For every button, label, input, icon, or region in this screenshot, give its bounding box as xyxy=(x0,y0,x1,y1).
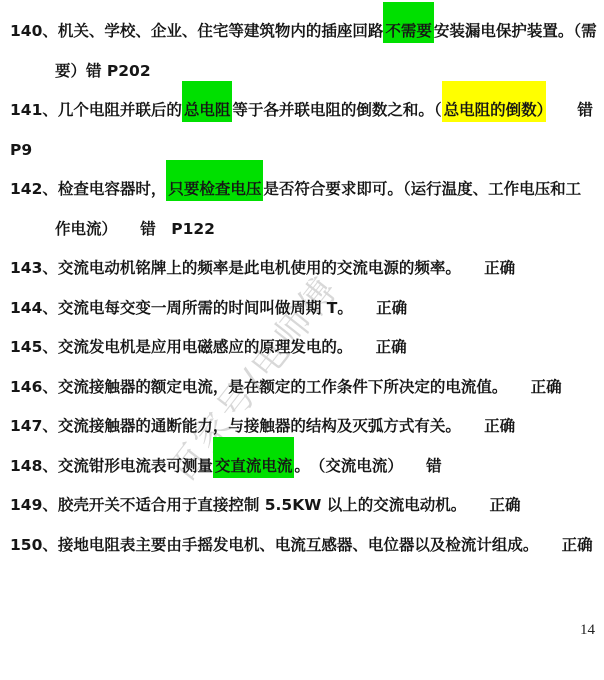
text-segment: 作电流） 错 P122 xyxy=(55,220,215,238)
question-line: 141、几个电阻并联后的总电阻等于各并联电阻的倒数之和。（总电阻的倒数） 错 xyxy=(10,91,600,131)
document-page: 百家号/电师傅 140、机关、学校、企业、住宅等建筑物内的插座回路不需要安装漏电… xyxy=(0,0,604,680)
question-line: 147、交流接触器的通断能力，与接触器的结构及灭弧方式有关。 正确 xyxy=(10,407,600,447)
question-line: 143、交流电动机铭牌上的频率是此电机使用的交流电源的频率。 正确 xyxy=(10,249,600,289)
question-line: 150、接地电阻表主要由手摇发电机、电流互感器、电位器以及检流计组成。 正确 xyxy=(10,526,600,566)
question-line: 146、交流接触器的额定电流，是在额定的工作条件下所决定的电流值。 正确 xyxy=(10,368,600,408)
question-line: 140、机关、学校、企业、住宅等建筑物内的插座回路不需要安装漏电保护装置。（需 xyxy=(10,12,600,52)
text-segment: 146、交流接触器的额定电流，是在额定的工作条件下所决定的电流值。 正确 xyxy=(10,378,562,396)
text-segment: 141、几个电阻并联后的 xyxy=(10,101,182,119)
text-segment: 错 xyxy=(546,101,593,119)
question-line: P9 xyxy=(10,131,600,171)
text-segment: P9 xyxy=(10,141,32,159)
highlight-green: 总电阻 xyxy=(182,81,233,122)
page-number: 14 xyxy=(580,622,595,639)
text-segment: 。 （交流电流） 错 xyxy=(294,457,441,475)
highlight-green: 只要检查电压 xyxy=(166,160,263,201)
text-segment: 150、接地电阻表主要由手摇发电机、电流互感器、电位器以及检流计组成。 正确 xyxy=(10,536,593,554)
highlight-green: 不需要 xyxy=(383,2,434,43)
question-line: 144、交流电每交变一周所需的时间叫做周期 T。 正确 xyxy=(10,289,600,329)
text-segment: 要）错 P202 xyxy=(55,62,151,80)
question-line: 142、检查电容器时，只要检查电压是否符合要求即可。（运行温度、工作电压和工 xyxy=(10,170,600,210)
text-segment: 145、交流发电机是应用电磁感应的原理发电的。 正确 xyxy=(10,338,407,356)
text-segment: 144、交流电每交变一周所需的时间叫做周期 T。 正确 xyxy=(10,299,407,317)
text-segment: 149、胶壳开关不适合用于直接控制 5.5KW 以上的交流电动机。 正确 xyxy=(10,496,520,514)
text-segment: 143、交流电动机铭牌上的频率是此电机使用的交流电源的频率。 正确 xyxy=(10,259,515,277)
text-segment: 147、交流接触器的通断能力，与接触器的结构及灭弧方式有关。 正确 xyxy=(10,417,515,435)
text-segment: 142、检查电容器时， xyxy=(10,180,166,198)
question-line: 145、交流发电机是应用电磁感应的原理发电的。 正确 xyxy=(10,328,600,368)
highlight-yellow: 总电阻的倒数） xyxy=(442,81,547,122)
question-line: 148、交流钳形电流表可测量交直流电流。 （交流电流） 错 xyxy=(10,447,600,487)
question-line: 作电流） 错 P122 xyxy=(10,210,600,250)
question-list: 140、机关、学校、企业、住宅等建筑物内的插座回路不需要安装漏电保护装置。（需要… xyxy=(0,0,604,565)
text-segment: 148、交流钳形电流表可测量 xyxy=(10,457,213,475)
text-segment: 安装漏电保护装置。（需 xyxy=(434,22,597,40)
text-segment: 是否符合要求即可。（运行温度、工作电压和工 xyxy=(263,180,581,198)
text-segment: 等于各并联电阻的倒数之和。（ xyxy=(232,101,441,119)
highlight-green: 交直流电流 xyxy=(213,437,295,478)
text-segment: 140、机关、学校、企业、住宅等建筑物内的插座回路 xyxy=(10,22,383,40)
question-line: 149、胶壳开关不适合用于直接控制 5.5KW 以上的交流电动机。 正确 xyxy=(10,486,600,526)
